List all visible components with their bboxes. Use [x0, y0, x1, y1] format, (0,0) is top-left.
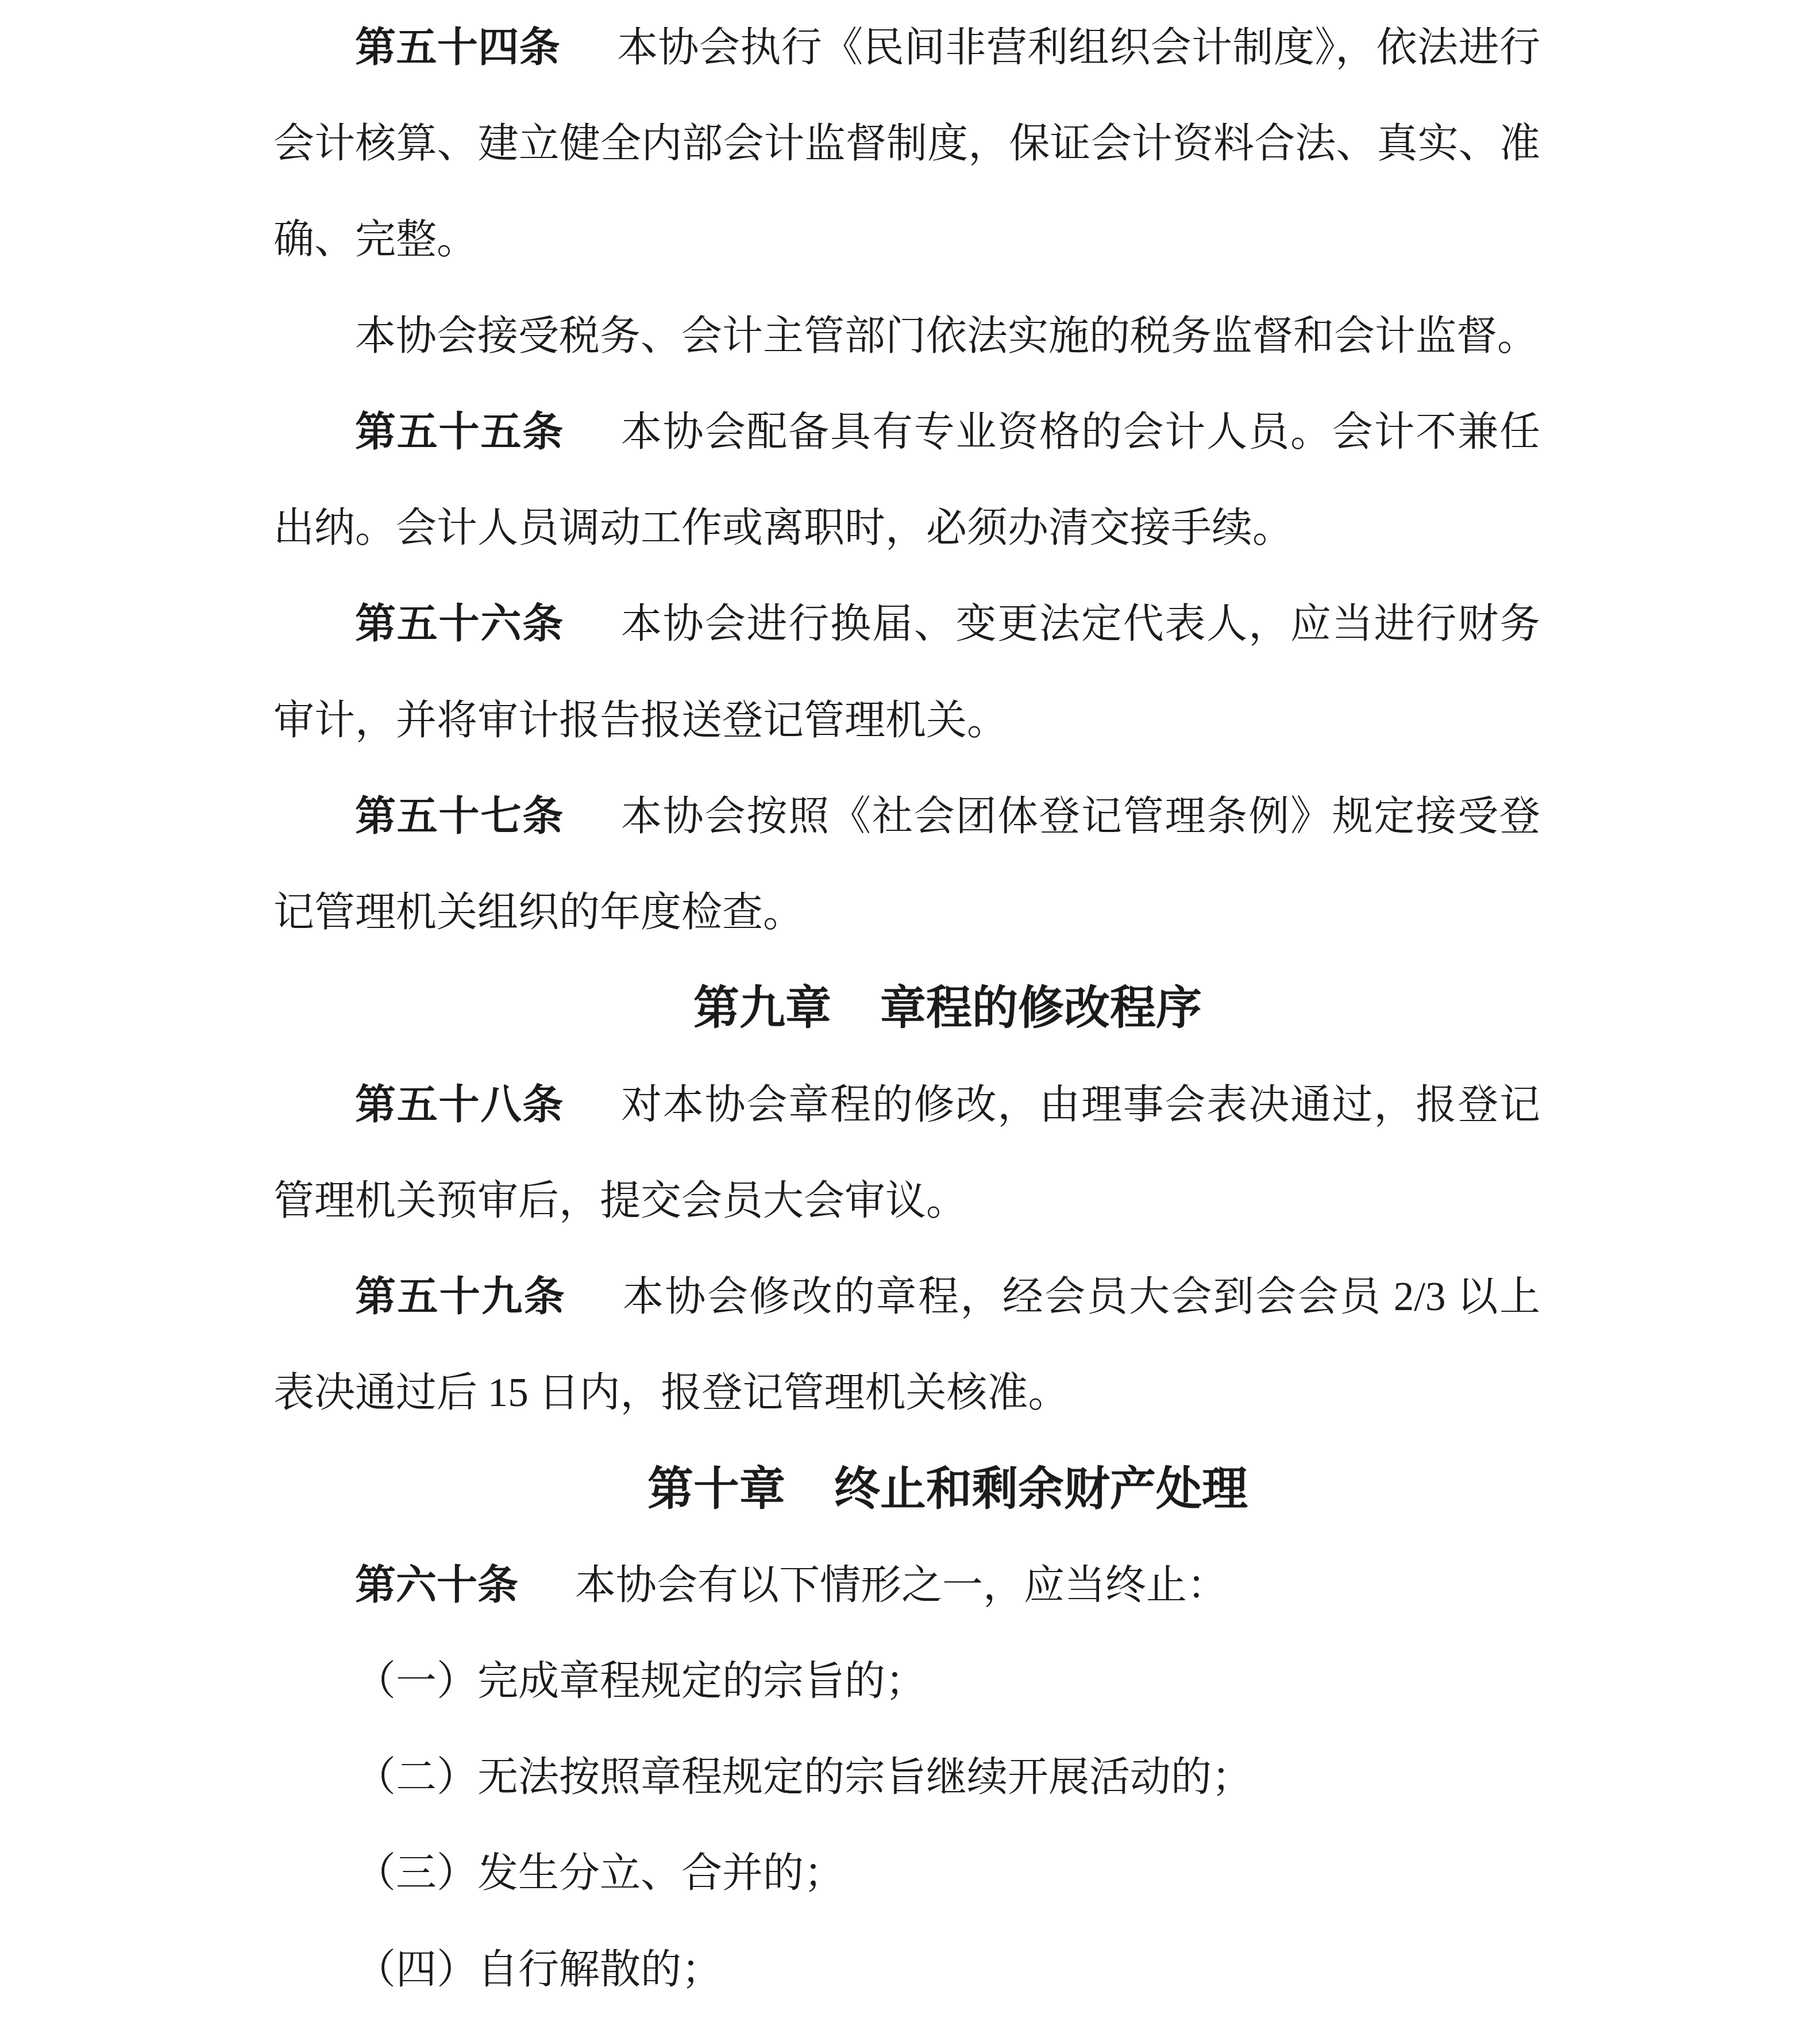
- paragraph-text: （一）完成章程规定的宗旨的；: [355, 1659, 926, 1704]
- chapter-number-label: 第九章: [693, 983, 831, 1034]
- paragraph-article-59: 第五十九条本协会修改的章程，经会员大会到会会员 2/3 以上表决通过后 15 日…: [273, 1249, 1540, 1441]
- paragraph-chapter-10-heading: 第十章终止和剩余财产处理: [273, 1442, 1540, 1538]
- paragraph-text: 终止和剩余财产处理: [834, 1464, 1248, 1515]
- paragraph-article-57: 第五十七条本协会按照《社会团体登记管理条例》规定接受登记管理机关组织的年度检查。: [273, 769, 1540, 961]
- paragraph-text: 章程的修改程序: [880, 983, 1202, 1034]
- paragraph-text: （三）发生分立、合并的；: [355, 1851, 845, 1896]
- article-number-label: 第五十九条: [355, 1274, 566, 1319]
- article-number-label: 第五十八条: [355, 1083, 564, 1127]
- paragraph-text: 本协会有以下情形之一，应当终止：: [575, 1563, 1228, 1608]
- paragraph-article-55: 第五十五条本协会配备具有专业资格的会计人员。会计不兼任出纳。会计人员调动工作或离…: [273, 384, 1540, 576]
- paragraph-article-58: 第五十八条对本协会章程的修改，由理事会表决通过，报登记管理机关预审后，提交会员大…: [273, 1057, 1540, 1249]
- document-body: 第五十四条本协会执行《民间非营利组织会计制度》，依法进行会计核算、建立健全内部会…: [273, 0, 1540, 2018]
- paragraph-article-60: 第六十条本协会有以下情形之一，应当终止：: [273, 1538, 1540, 1634]
- paragraph-text: （二）无法按照章程规定的宗旨继续开展活动的；: [355, 1755, 1252, 1800]
- paragraph-article-54: 第五十四条本协会执行《民间非营利组织会计制度》，依法进行会计核算、建立健全内部会…: [273, 0, 1540, 288]
- paragraph-article-60-item-2: （二）无法按照章程规定的宗旨继续开展活动的；: [273, 1730, 1540, 1826]
- chapter-number-label: 第十章: [647, 1464, 785, 1515]
- article-number-label: 第五十六条: [355, 602, 564, 646]
- article-number-label: 第五十七条: [355, 794, 564, 839]
- document-page: 第五十四条本协会执行《民间非营利组织会计制度》，依法进行会计核算、建立健全内部会…: [0, 0, 1820, 2018]
- paragraph-article-60-item-1: （一）完成章程规定的宗旨的；: [273, 1634, 1540, 1730]
- paragraph-article-54-supervision: 本协会接受税务、会计主管部门依法实施的税务监督和会计监督。: [273, 288, 1540, 384]
- paragraph-article-60-item-4: （四）自行解散的；: [273, 1922, 1540, 2018]
- paragraph-chapter-9-heading: 第九章章程的修改程序: [273, 961, 1540, 1057]
- paragraph-article-56: 第五十六条本协会进行换届、变更法定代表人，应当进行财务审计，并将审计报告报送登记…: [273, 576, 1540, 768]
- paragraph-text: （四）自行解散的；: [355, 1947, 722, 1992]
- article-number-label: 第五十四条: [355, 25, 560, 70]
- paragraph-text: 本协会接受税务、会计主管部门依法实施的税务监督和会计监督。: [355, 314, 1538, 359]
- article-number-label: 第六十条: [355, 1563, 518, 1608]
- paragraph-article-60-item-3: （三）发生分立、合并的；: [273, 1826, 1540, 1921]
- article-number-label: 第五十五条: [355, 410, 564, 455]
